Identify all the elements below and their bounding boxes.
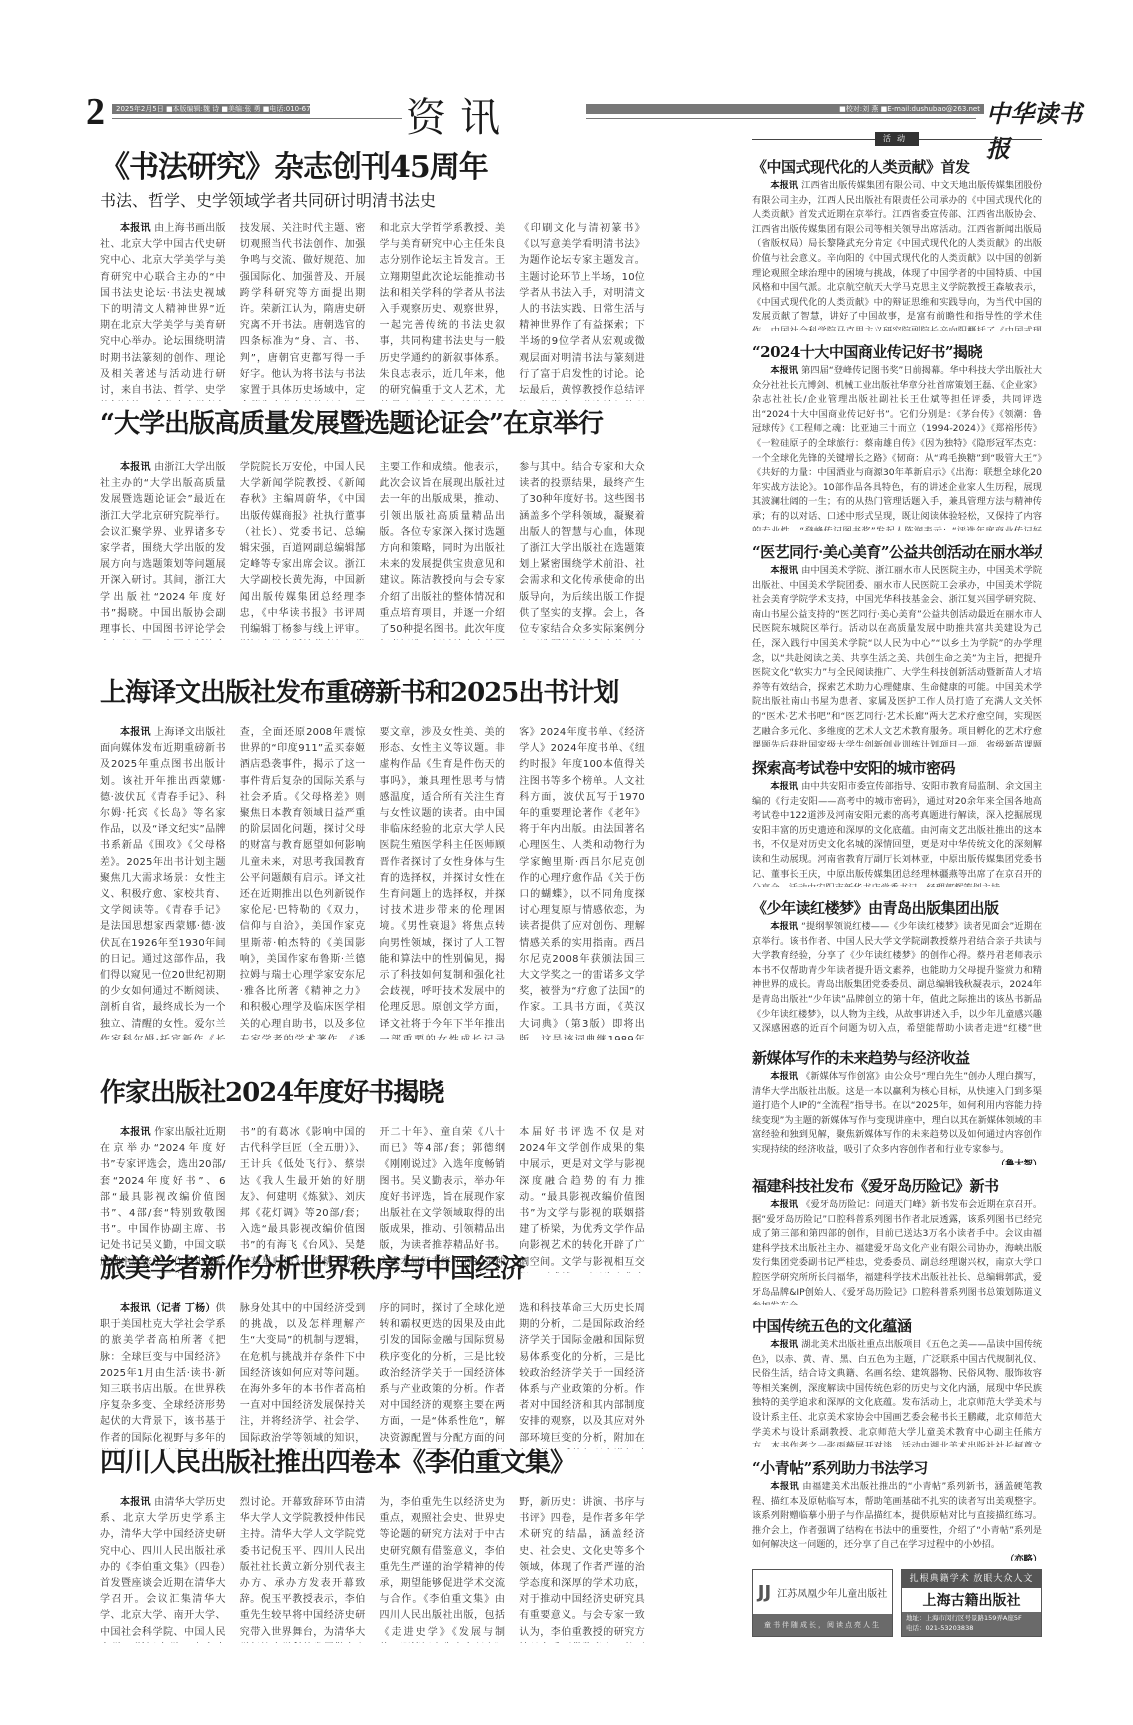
article-column: 脉身处其中的中国经济受到的挑战，以及怎样理解产生“大变局”的机制与逻辑，在危机与… [240,1301,366,1449]
article-column: 烈讨论。开幕致辞环节由清华大学人文学院教授仲伟民主持。清华大学人文学院党委书记倪… [240,1495,366,1643]
brief-title: “小青帖”系列助力书法学习 [752,1457,1042,1478]
publisher-slogan: 童书伴随成长，阅读点亮人生 [753,1614,892,1636]
brief-title: 《中国式现代化的人类贡献》首发 [752,156,1042,177]
publisher-contact: 地址：上海市闵行区号景路159弄A座5F 电话：021-53203838 [902,1612,1041,1636]
activities-sidebar: 活动 《中国式现代化的人类贡献》首发 本报讯 江西省出版传媒集团有限公司、中文天… [752,132,1042,1637]
section-title: 资讯 [406,86,514,143]
brief-title: 《少年读红楼梦》由青岛出版集团出版 [752,897,1042,918]
ad-shanghai-guji[interactable]: 扎根典籍学术 放眼大众人文 上海古籍出版社 地址：上海市闵行区号景路159弄A座… [901,1569,1042,1637]
brief-title: 中国传统五色的文化蕴涵 [752,1315,1042,1336]
article-column: 《印刷文化与清初篆书》《以写意美学看明清书法》为题作论坛专家主题发言。主题讨论环… [519,221,645,401]
brief-item: “小青帖”系列助力书法学习 本报讯 由福建美术出版社推出的“小青帖”系列新书，涵… [752,1457,1042,1561]
brief-title: 福建科技社发布《爱牙岛历险记》新书 [752,1175,1042,1196]
brief-title: 探索高考试卷中安阳的城市密码 [752,757,1042,778]
contact-info: ■校对:刘 燕 ■E-mail:dushubao@263.net [586,104,984,114]
article-column: 查，全面还原2008年震惊世界的“印度911”孟买泰姬酒店恐袭事件，揭示了这一事… [240,725,366,1040]
article-world-order: 旅美学者新作分析世界秩序与中国经济 本报讯（记者 丁杨）供职于美国杜克大学社会学… [100,1248,645,1449]
article-li-bozhong: 四川人民出版社推出四卷本《李伯重文集》 本报讯 由清华大学历史系、北京大学历史学… [100,1442,645,1643]
brief-item: “医艺同行·美心美育”公益共创活动在丽水举办 本报讯 由中国美术学院、浙江丽水市… [752,541,1042,747]
headline: 旅美学者新作分析世界秩序与中国经济 [100,1248,645,1285]
edition-info: 2025年2月5日 ■本版编辑:魏 诗 ■美编:张 勇 ■电话:010-6707… [112,104,310,114]
brief-item: 新媒体写作的未来趋势与经济收益 本报讯 《新媒体写作创富》由公众号“理白先生”创… [752,1047,1042,1165]
article-column: 本报讯（记者 丁杨）供职于美国杜克大学社会学系的旅美学者高柏所著《把脉：全球巨变… [100,1301,226,1449]
divider [586,118,976,119]
activities-tag: 活动 [875,132,919,146]
article-column: 野，新历史：讲演、书序与书评》四卷，是作者多年学术研究的结晶，涵盖经济史、社会史… [519,1495,645,1643]
brief-title: “医艺同行·美心美育”公益共创活动在丽水举办 [752,541,1042,562]
brief-item: 中国传统五色的文化蕴涵 本报讯 湖北美术出版社重点出版项目《五色之美——品读中国… [752,1315,1042,1447]
article-writers-publishing: 作家出版社2024年度好书揭晓 本报讯 作家出版社近期在京举办“2024年度好书… [100,1072,645,1273]
section-tag: 活动 [752,132,1042,146]
article-shanghai-yiwen: 上海译文出版社发布重磅新书和2025出书计划 本报讯 上海译文出版社面向媒体发布… [100,672,645,1040]
publisher-address: 地址：上海市闵行区号景路159弄A座5F [906,1613,1037,1623]
brief-item: 《少年读红楼梦》由青岛出版集团出版 本报讯 “提纲挈领说红楼——《少年读红楼梦》… [752,897,1042,1037]
headline: 作家出版社2024年度好书揭晓 [100,1072,645,1109]
page-number: 2 [86,92,105,132]
brief-title: 新媒体写作的未来趋势与经济收益 [752,1047,1042,1068]
article-university-publishing: “大学出版高质量发展暨选题论证会”在京举行 本报讯 由浙江大学出版社主办的“大学… [100,403,645,640]
brief-item: 探索高考试卷中安阳的城市密码 本报讯 由中共安阳市委宣传部指导、安阳市教育局监制… [752,757,1042,887]
publisher-slogan: 扎根典籍学术 放眼大众人文 [902,1570,1041,1588]
article-column: 和北京大学哲学系教授、美学与美育研究中心主任朱良志分别作论坛主旨发言。王立翔期望… [380,221,506,401]
article-column: 学院院长万安伦，中国人民大学新闻学院教授、《新闻春秋》主编周蔚华，《中国出版传媒… [240,460,366,640]
article-column: 客》2024年度书单、《经济学人》2024年度书单、《纽约时报》年度100本值得… [519,725,645,1040]
masthead: 2 2025年2月5日 ■本版编辑:魏 诗 ■美编:张 勇 ■电话:010-67… [86,92,1086,132]
publisher-name: 上海古籍出版社 [902,1588,1041,1614]
article-column: 本报讯 由清华大学历史系、北京大学历史学系主办，清华大学中国经济史研究中心、四川… [100,1495,226,1643]
article-column: 选和科技革命三大历史长周期的分析，二是国际政治经济学关于国际金融和国际贸易体系变… [519,1301,645,1449]
headline: “大学出版高质量发展暨选题论证会”在京举行 [100,403,645,440]
article-column: 参与其中。结合专家和大众读者的投票结果，最终产生了30种年度好书。这些图书涵盖多… [519,460,645,640]
divider [112,118,402,119]
article-column: 主要工作和成绩。他表示，此次会议旨在展现出版社过去一年的出版成果，推动、引领出版… [380,460,506,640]
article-column: 本报讯 由浙江大学出版社主办的“大学出版高质量发展暨选题论证会”最近在浙江大学北… [100,460,226,640]
ad-jiangsu-phoenix-children[interactable]: JJ 江苏凤凰少年儿童出版社 童书伴随成长，阅读点亮人生 [752,1569,893,1637]
advertisements: JJ 江苏凤凰少年儿童出版社 童书伴随成长，阅读点亮人生 扎根典籍学术 放眼大众… [752,1569,1042,1637]
article-calligraphy-journal: 《书法研究》杂志创刊45周年 书法、哲学、史学领域学者共同研讨明清书法史 本报讯… [100,142,645,401]
headline: 四川人民出版社推出四卷本《李伯重文集》 [100,1442,645,1479]
article-column: 本报讯 上海译文出版社面向媒体发布近期重磅新书及2025年重点图书出版计划。该社… [100,725,226,1040]
article-column: 为，李伯重先生以经济史为重点，观照社会史、世界史等论题的研究方法对于中古史研究颇… [380,1495,506,1643]
article-column: 序的同时，探讨了全球化逆转和霸权更迭的因果及由此引发的国际金融与国际贸易秩序变化… [380,1301,506,1449]
article-column: 技发展、关注时代主题、密切观照当代书法创作、加强争鸣与交流、做好规范、加强国际化… [240,221,366,401]
article-column: 要文章，涉及女性美、美的形态、女性主义等议题。非虚构作品《生育是件伤天的事吗》，… [380,725,506,1040]
publisher-logo-icon: JJ [758,1582,771,1603]
publisher-phone: 电话：021-53203838 [906,1623,1037,1633]
brief-item: “2024十大中国商业传记好书”揭晓 本报讯 第四届“登峰传记图书奖”日前揭幕。… [752,341,1042,531]
brief-item: 福建科技社发布《爱牙岛历险记》新书 本报讯 《爱牙岛历险记：问道天门峰》新书发布… [752,1175,1042,1305]
publisher-name: 江苏凤凰少年儿童出版社 [777,1585,887,1600]
brief-item: 《中国式现代化的人类贡献》首发 本报讯 江西省出版传媒集团有限公司、中文天地出版… [752,156,1042,331]
headline: 《书法研究》杂志创刊45周年 [100,142,645,186]
article-column: 本报讯 由上海书画出版社、北京大学中国古代史研究中心、北京大学美学与美育研究中心… [100,221,226,401]
subhead: 书法、哲学、史学领域学者共同研讨明清书法史 [100,188,645,211]
headline: 上海译文出版社发布重磅新书和2025出书计划 [100,672,645,709]
brief-title: “2024十大中国商业传记好书”揭晓 [752,341,1042,362]
